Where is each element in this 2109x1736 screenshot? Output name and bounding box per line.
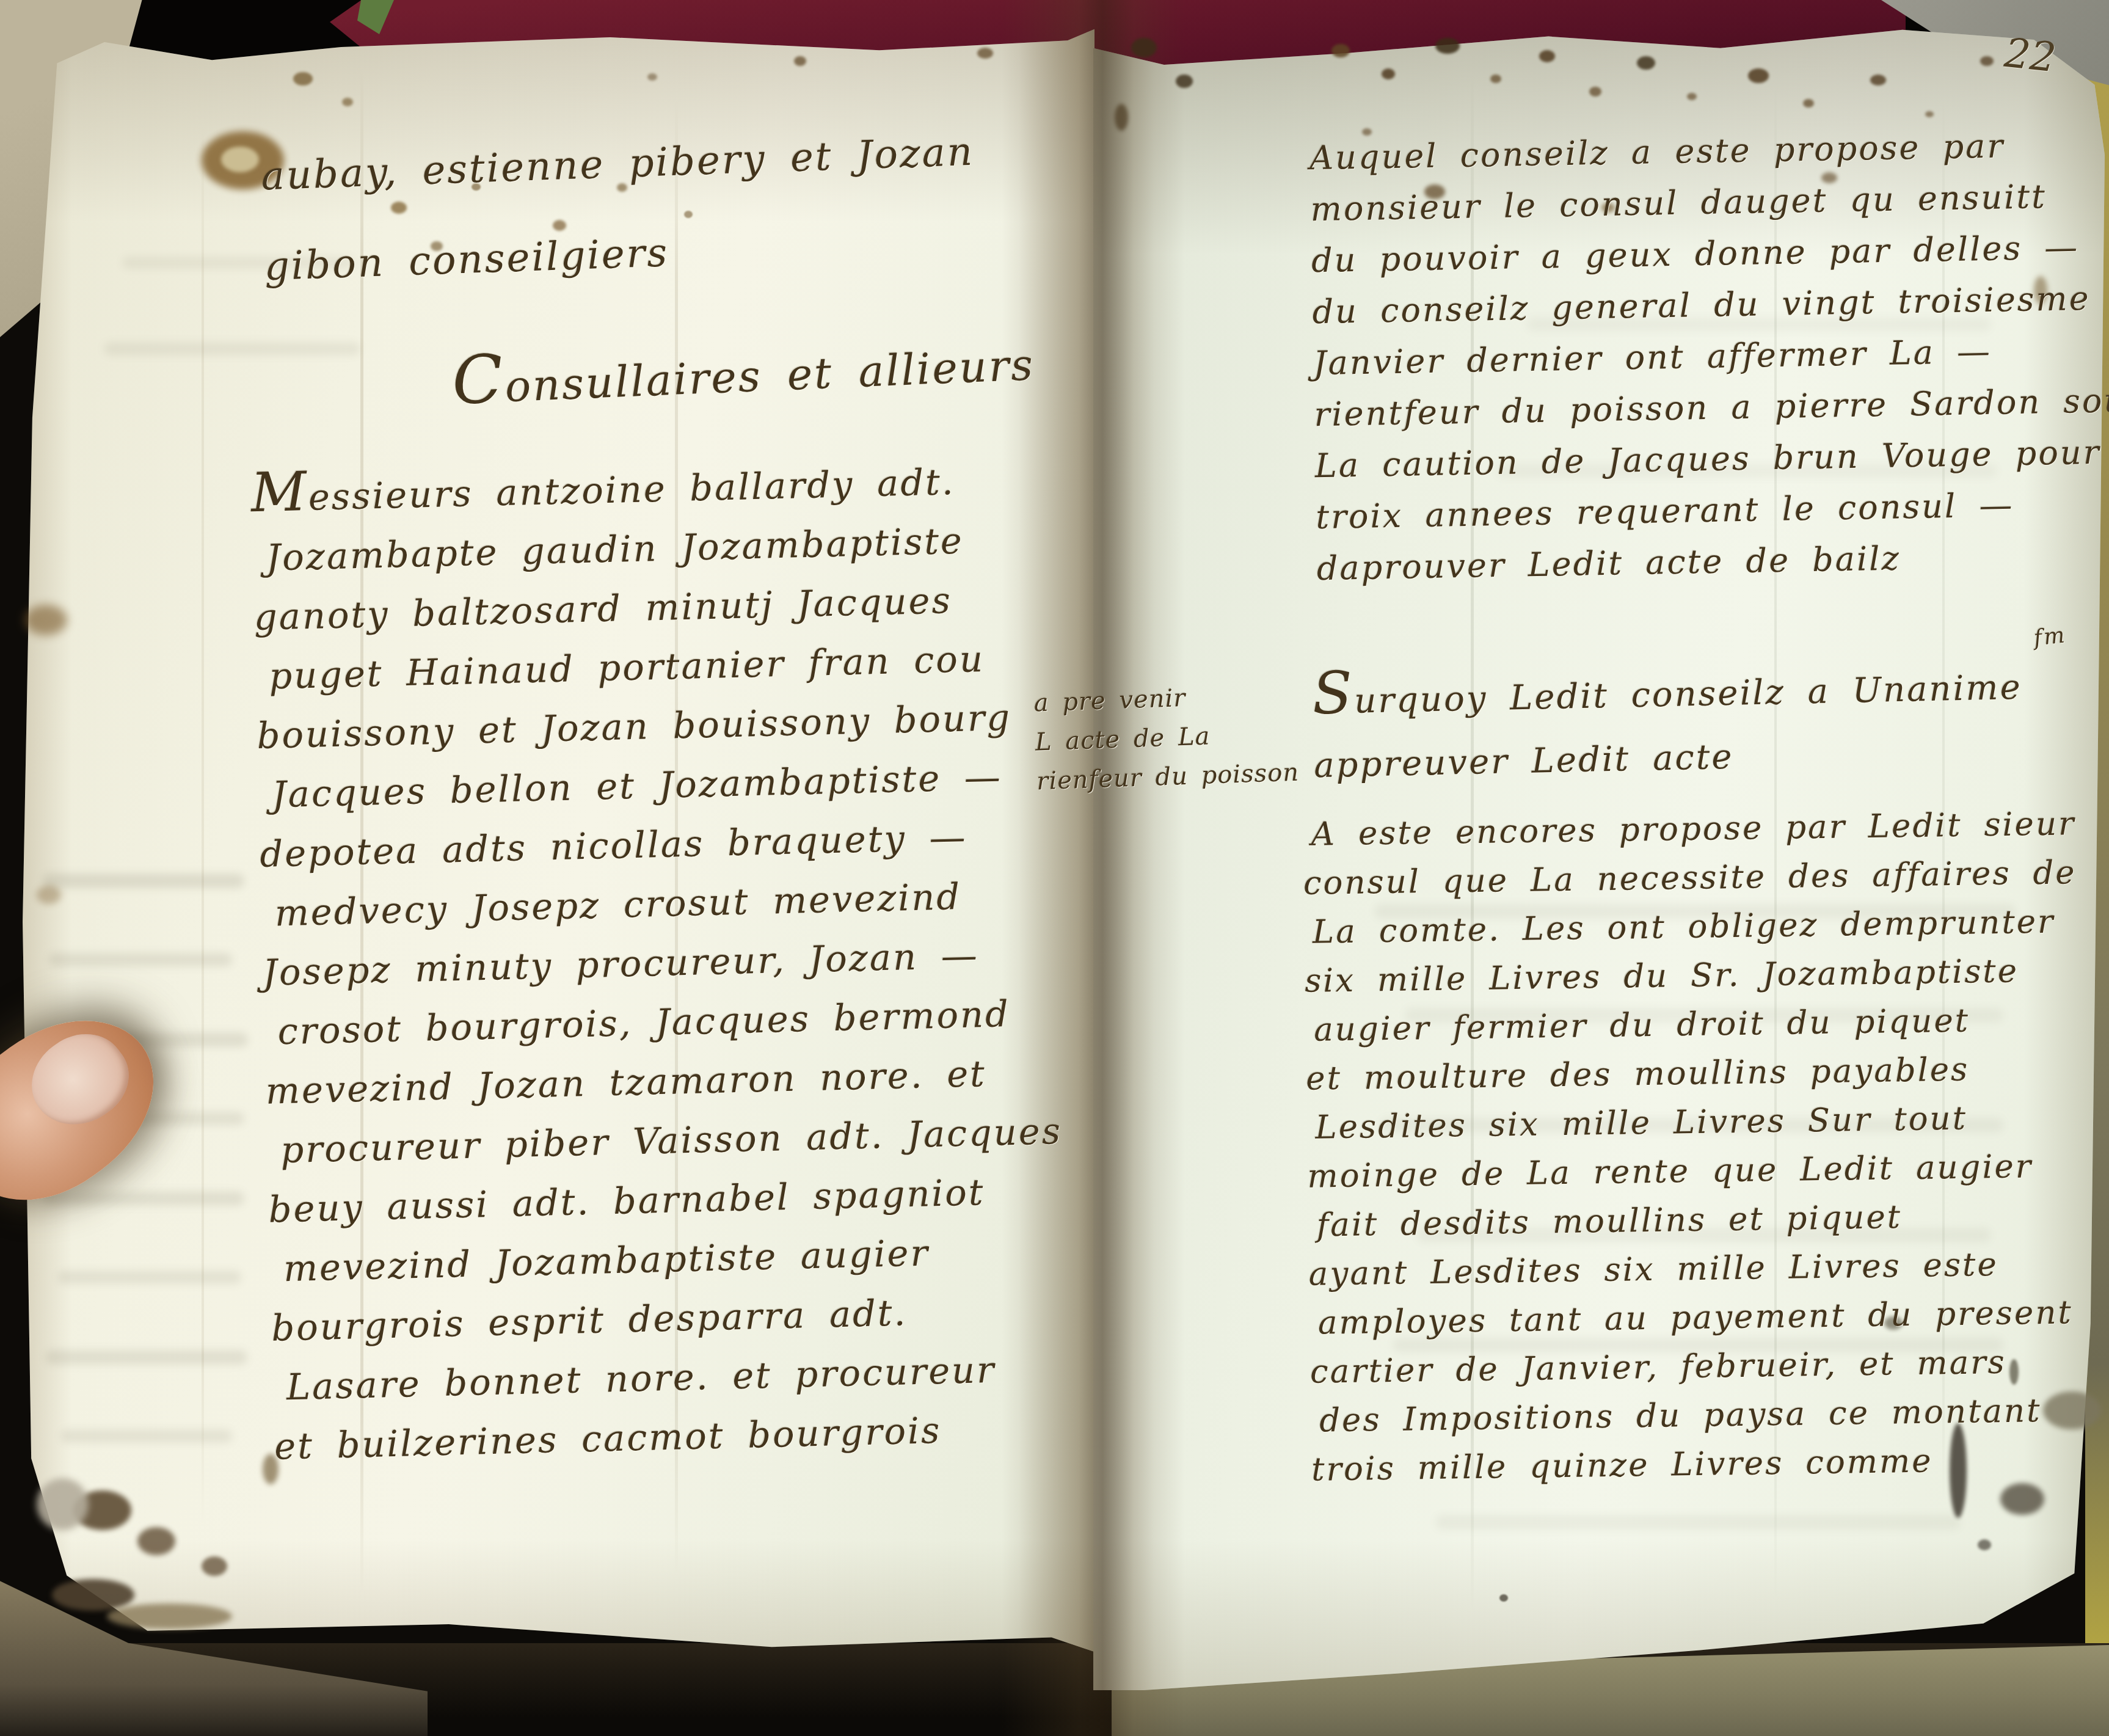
- left-opening-lines: aubay, estienne pibery et Jozangibon con…: [260, 107, 978, 313]
- right-paragraph-2: Surquoy Ledit conseilz a Unanimeappreuve…: [1312, 647, 2024, 798]
- gutter-margin-note: a pre venirL acte de Larienfeur du poiss…: [1033, 675, 1300, 801]
- right-paragraph-1: Auquel conseilz a este propose parmonsie…: [1309, 118, 2109, 594]
- page-number: 22: [2002, 29, 2058, 81]
- manuscript-photo: { "photo": { "page_number": "22", "left_…: [0, 0, 2109, 1736]
- inline-flourish: fm: [2033, 622, 2067, 651]
- thumb-nail: [15, 1016, 145, 1143]
- left-body-paragraph: Messieurs antzoine ballardy adt.Jozambap…: [250, 443, 1070, 1476]
- right-paragraph-3: A este encores propose par Ledit sieurco…: [1302, 800, 2085, 1495]
- manuscript-line: Surquoy Ledit conseilz a Unanime: [1312, 647, 2023, 734]
